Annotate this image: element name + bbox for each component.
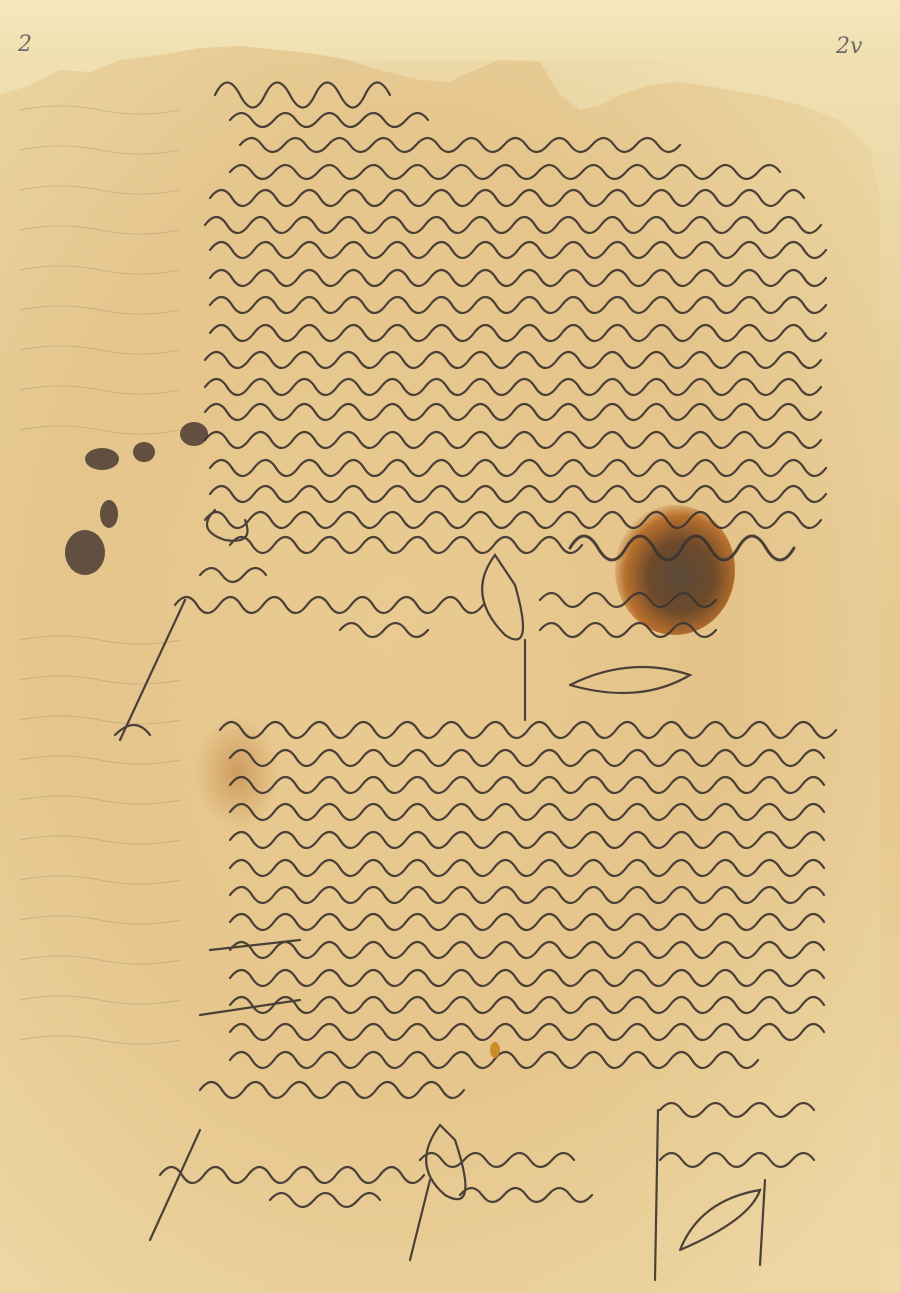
transcription-layer: Entrega ... (illegible secretary-hand Sp… — [205, 72, 875, 75]
manuscript-page: 2 2v — [0, 0, 900, 1293]
lower-text-block: Luego ... doña María de ... (illegible s… — [205, 74, 875, 75]
handwriting — [0, 0, 900, 1293]
